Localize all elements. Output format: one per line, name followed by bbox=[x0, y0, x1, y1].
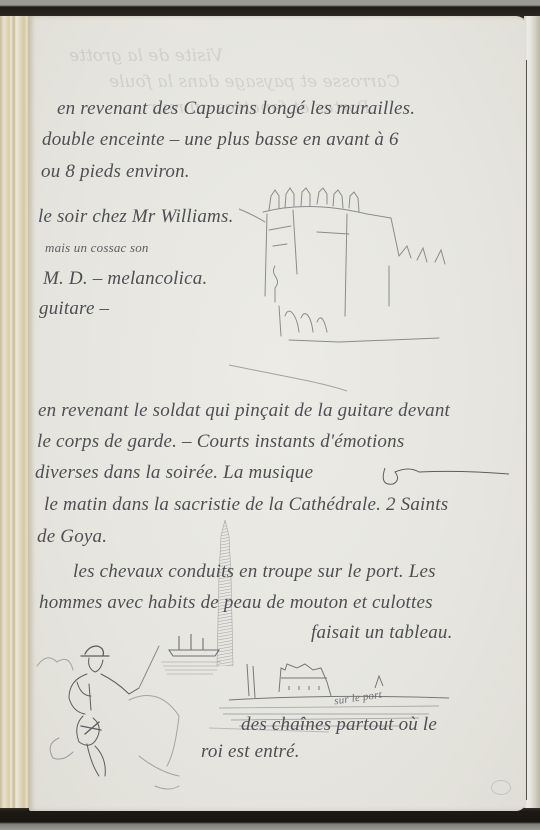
note-line: ou 8 pieds environ. bbox=[41, 161, 190, 183]
note-line: en revenant le soldat qui pinçait de la … bbox=[38, 400, 450, 422]
note-line: roi est entré. bbox=[201, 741, 300, 763]
note-line-struck: mais un cossac son bbox=[45, 240, 149, 256]
notebook-page: Visite de la grotte Carrosse et paysage … bbox=[29, 16, 526, 811]
note-line: le matin dans la sacristie de la Cathédr… bbox=[44, 494, 448, 516]
page-edges-left bbox=[0, 16, 30, 812]
note-line: faisait un tableau. bbox=[311, 622, 453, 644]
note-line: les chevaux conduits en troupe sur le po… bbox=[73, 561, 436, 583]
note-line: diverses dans la soirée. La musique bbox=[35, 462, 313, 484]
note-line: M. D. – melancolica. bbox=[43, 268, 207, 290]
rider-figure-sketch bbox=[29, 626, 199, 801]
note-line: en revenant des Capucins longé les murai… bbox=[57, 98, 415, 120]
bleed-through-text: Visite de la grotte bbox=[69, 46, 223, 66]
music-flourish bbox=[379, 462, 519, 492]
library-stamp bbox=[491, 780, 511, 795]
fortress-wall-sketch bbox=[239, 166, 479, 346]
note-line: de Goya. bbox=[37, 526, 107, 548]
note-line: guitare – bbox=[39, 298, 109, 320]
note-line: le corps de garde. – Courts instants d'é… bbox=[37, 431, 404, 453]
book-binding-bottom bbox=[0, 808, 540, 830]
bleed-through-text: Carrosse et paysage dans la foule bbox=[109, 72, 400, 92]
gutter-edge bbox=[526, 60, 527, 800]
landscape-line-sketch bbox=[229, 361, 349, 401]
note-line: double enceinte – une plus basse en avan… bbox=[42, 129, 399, 151]
note-line: le soir chez Mr Williams. bbox=[38, 206, 234, 228]
note-line: des chaînes partout où le bbox=[241, 714, 437, 736]
note-line: hommes avec habits de peau de mouton et … bbox=[39, 592, 433, 614]
